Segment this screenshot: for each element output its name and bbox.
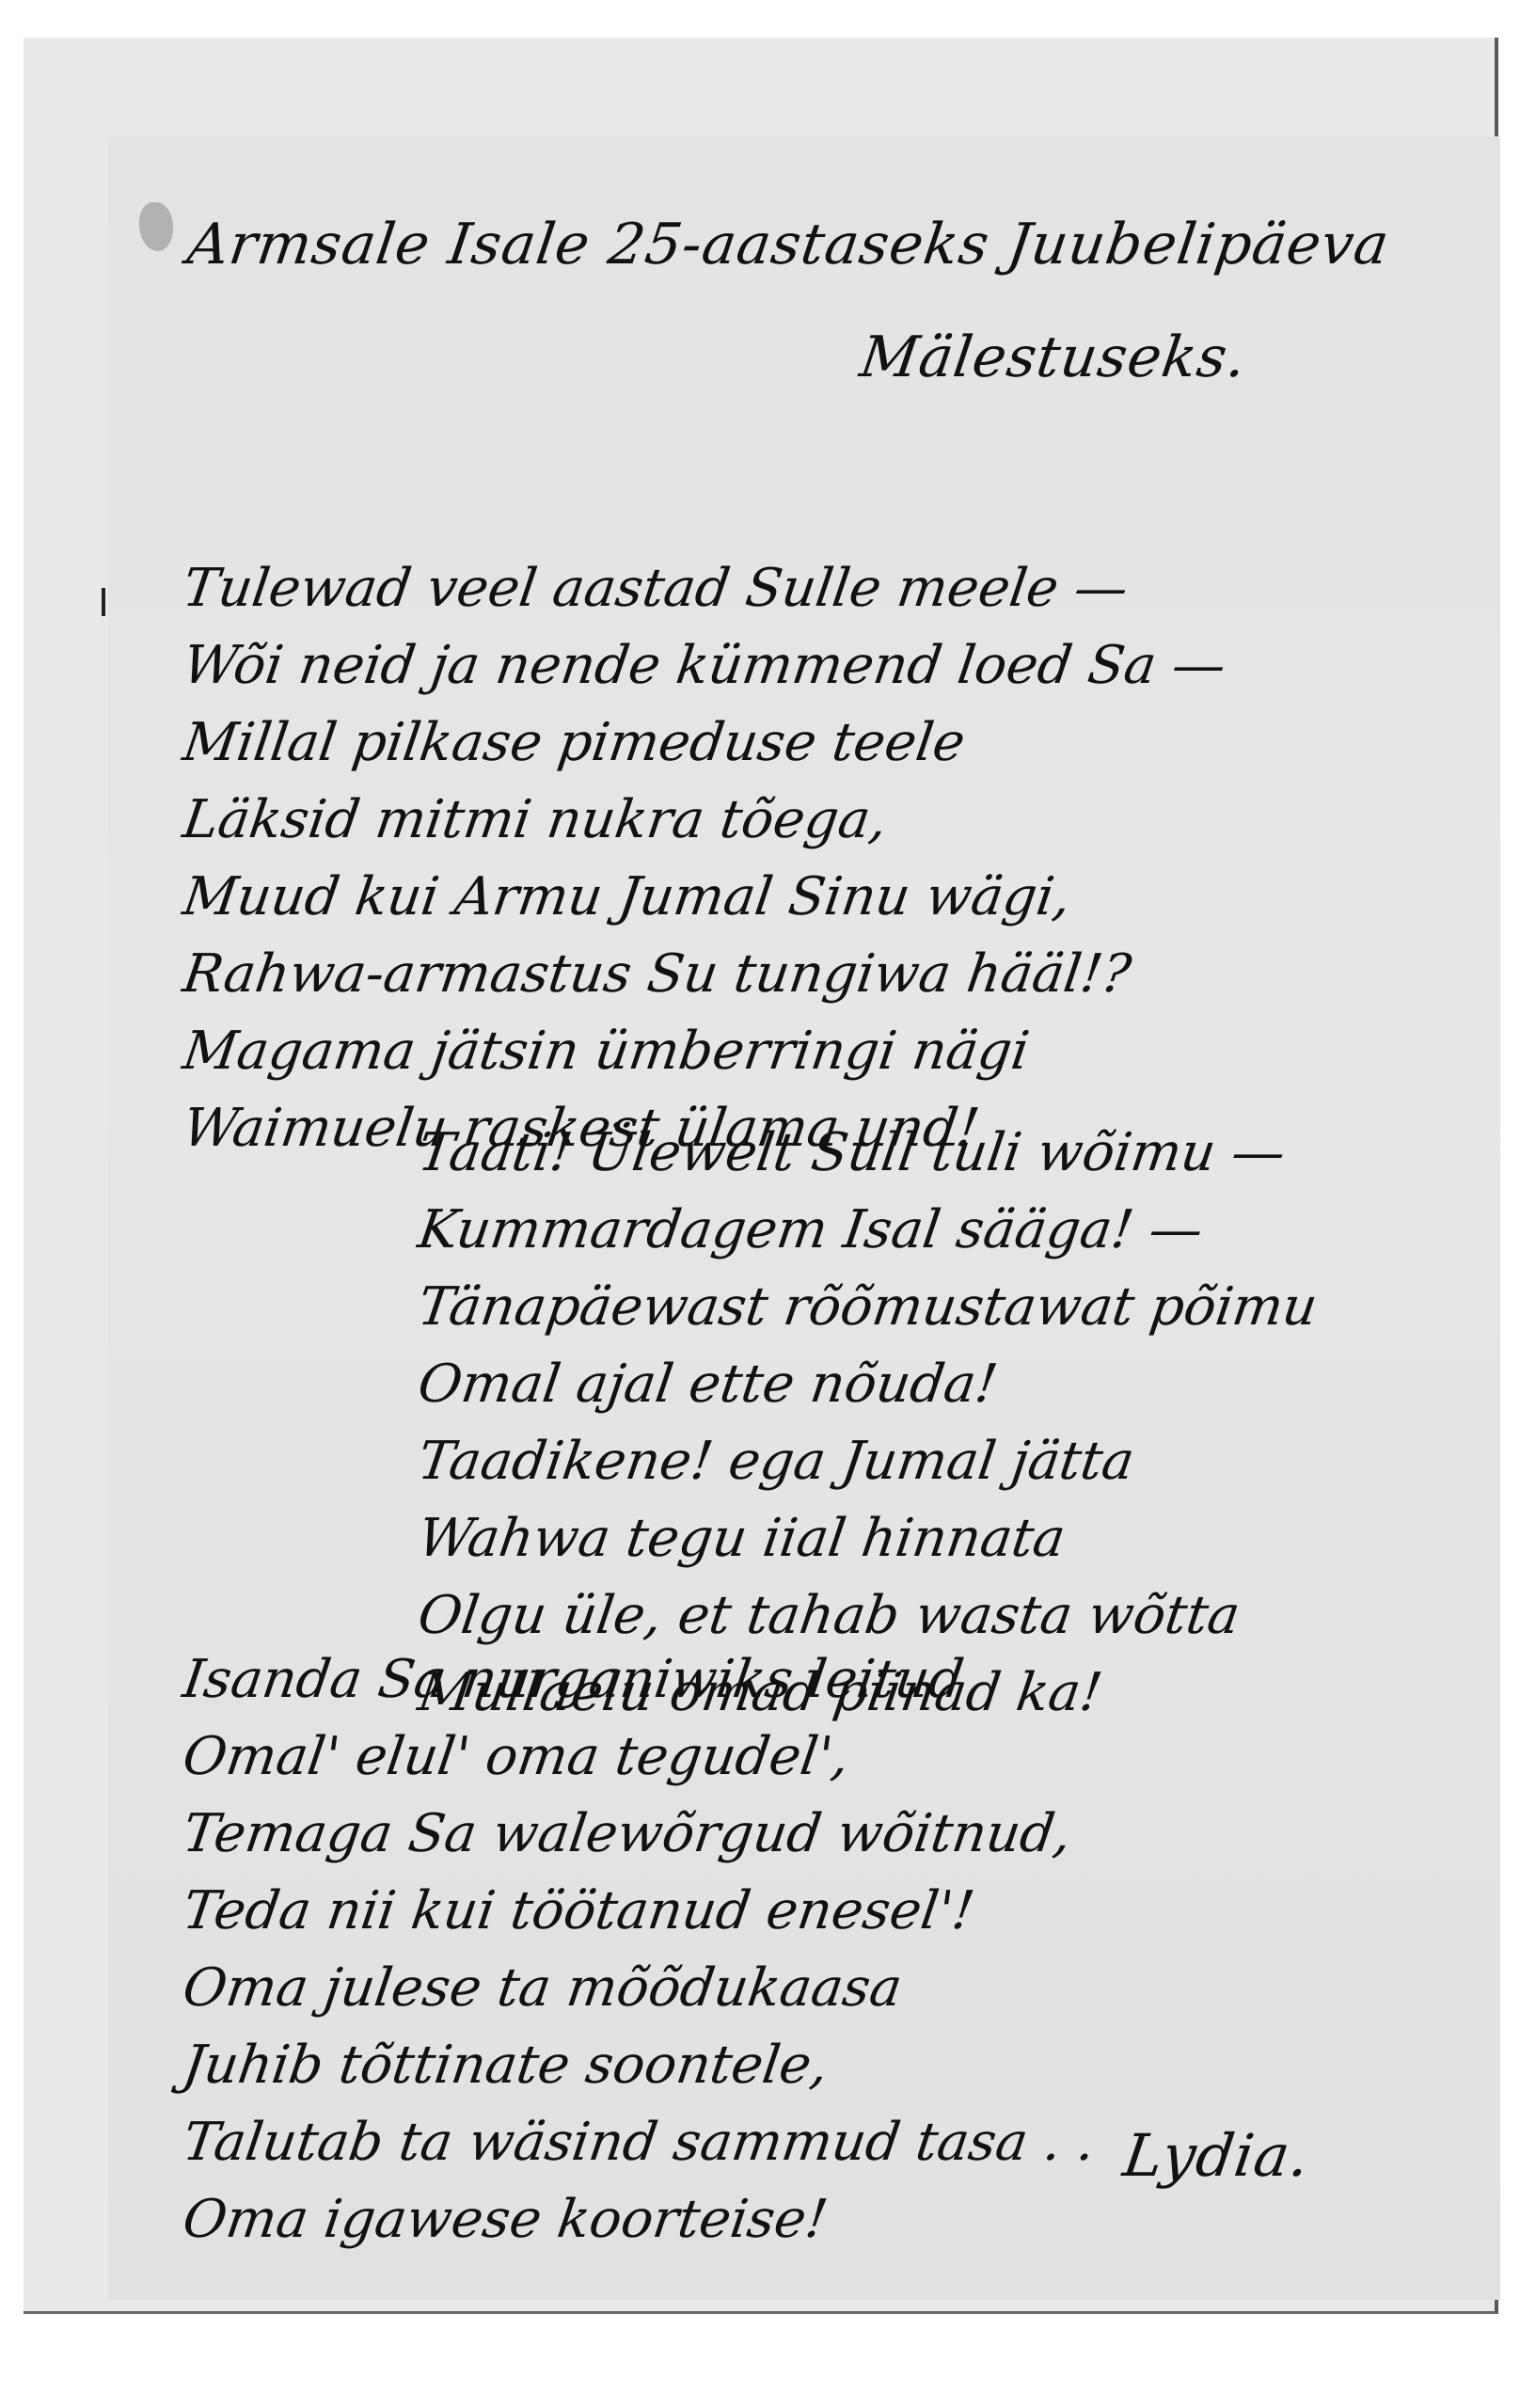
poem-line: Rahwa-armastus Su tungiwa hääl!? bbox=[178, 936, 1230, 1013]
poem-line: Muud kui Armu Jumal Sinu wägi, bbox=[178, 859, 1230, 936]
poem-line: Oma julese ta mõõdukaasa bbox=[178, 1950, 1100, 2027]
stanza-1: Tulewad veel aastad Sulle meele — Wõi ne… bbox=[183, 550, 1226, 1167]
poem-line: Läksid mitmi nukra tõega, bbox=[178, 782, 1230, 859]
poem-line: Tulewad veel aastad Sulle meele — bbox=[178, 550, 1230, 627]
poem-line: Temaga Sa walewõrgud wõitnud, bbox=[178, 1796, 1100, 1873]
poem-line: Oma igawese koorteise! bbox=[178, 2181, 1100, 2258]
poem-line: Juhib tõttinate soontele, bbox=[178, 2027, 1100, 2104]
poem-line: Taadikene! ega Jumal jätta bbox=[413, 1423, 1322, 1500]
poem-line: Omal ajal ette nõuda! bbox=[413, 1346, 1322, 1423]
poem-line: Teda nii kui töötanud enesel'! bbox=[178, 1873, 1100, 1950]
stanza-3: Isanda Sa nurganiwiks leitud Omal' elul'… bbox=[183, 1641, 1095, 2258]
poem-line: Magama jätsin ümberringi nägi bbox=[178, 1013, 1230, 1090]
dedication-title-line-2: Mälestuseks. bbox=[856, 325, 1251, 390]
ink-blot bbox=[139, 202, 173, 251]
poem-line: Wahwa tegu iial hinnata bbox=[413, 1500, 1322, 1577]
poem-line: Kummardagem Isal sääga! — bbox=[413, 1192, 1322, 1269]
signature: Lydia. bbox=[1119, 2121, 1315, 2190]
poem-line: Tänapäewast rõõmustawat põimu bbox=[413, 1269, 1322, 1346]
stanza-2: Taati! Ülewelt Sull tuli wõimu — Kummard… bbox=[419, 1115, 1317, 1732]
poem-line: Millal pilkase pimeduse teele bbox=[178, 705, 1230, 782]
poem-line: Talutab ta wäsind sammud tasa . . bbox=[178, 2104, 1100, 2181]
poem-line: Omal' elul' oma tegudel', bbox=[178, 1719, 1100, 1796]
dedication-title-line-1: Armsale Isale 25-aastaseks Juubelipäeva bbox=[183, 212, 1393, 277]
poem-line: Wõi neid ja nende kümmend loed Sa — bbox=[178, 627, 1230, 705]
poem-line: Isanda Sa nurganiwiks leitud bbox=[178, 1641, 1100, 1719]
margin-mark bbox=[102, 588, 105, 616]
poem-line: Taati! Ülewelt Sull tuli wõimu — bbox=[413, 1115, 1322, 1192]
